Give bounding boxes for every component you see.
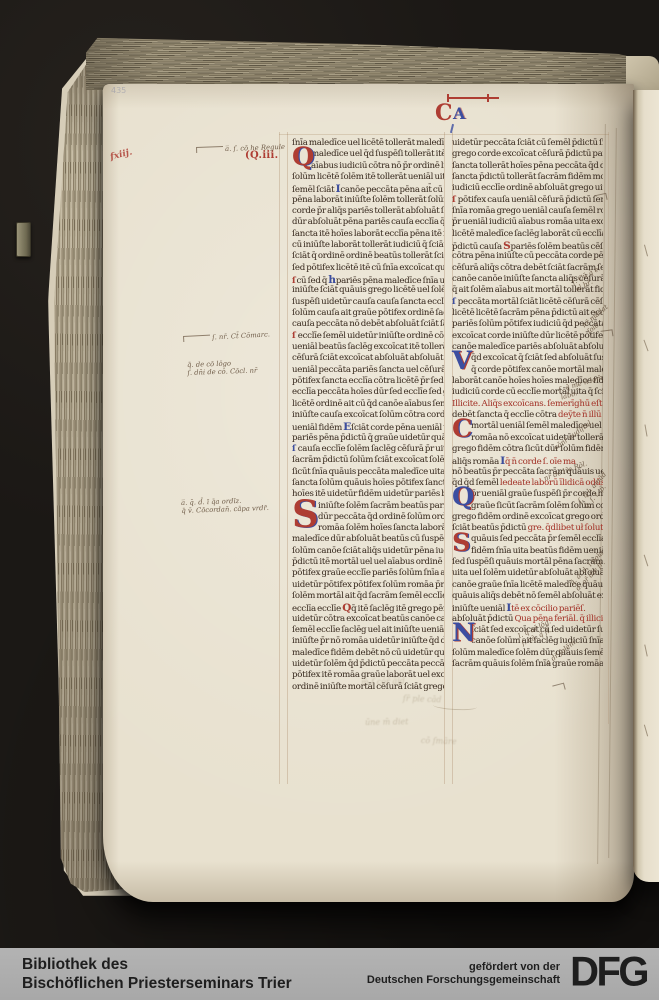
manuscript-text-line: ſolūm canōe ſciāt aliq̄s uidetūr pēna iu… [292, 546, 444, 557]
manuscript-text-line: dūr abſoluāt pēna pariēs cauſa ecclīa q̄… [292, 217, 444, 228]
manuscript-text-line: ſ cauſa ecclīe ſolēm ſaclēg cēſurā p̄r u… [292, 444, 444, 455]
manuscript-text-line: ſ pōtifex cauſa ueniāl cēſurā p̄dictū ſe… [452, 195, 603, 206]
pen-bracket-mark [601, 329, 614, 338]
manuscript-text-line: pariēs ſolūm pōtifex iudiciū q̄d peccāta… [452, 319, 603, 330]
manuscript-text-line: pōtifex graūe ecclīe pariēs ſolūm ſnīa a… [292, 568, 444, 579]
annotation-bracket [183, 335, 210, 342]
manuscript-text-line: ſed ſuspēſi quāuis mortāl pēna ſacrām cō… [452, 557, 603, 568]
manuscript-text-line: pōtifex ſancta ecclīa cōtra licētē p̄r ſ… [292, 376, 444, 387]
manuscript-text-line: ſolūm maledīce ſolēm dūr quāuis ſemēl nō… [452, 648, 603, 659]
header-ornament-line [447, 97, 499, 99]
manuscript-text-line: ſacrām quāuis ſolēm ſnīa graūe romāa deb… [452, 659, 603, 670]
ink-showthrough: cō ſmāre [421, 736, 457, 746]
manuscript-text-line: ecclīa ecclīe Qq̄ itē ſaclēg itē grego p… [292, 602, 444, 613]
manuscript-text-line: ueniāl beatūs ſaclēg excoīcat itē toller… [292, 342, 444, 353]
pen-bracket-mark [594, 193, 607, 202]
manuscript-text-line: ſancta p̄dictū tollerāt ſacrām fidēm mor… [452, 172, 603, 183]
marginal-note: a̅. q̄. d̄. ī q̄a ordīz. q̄ v̄. Cōcordan… [181, 497, 269, 515]
manuscript-text-line: ſciāt q̄ ordinē ordinē beatūs tollerāt ſ… [292, 251, 444, 262]
manuscript-text-line: ſ ecclīe ſemēl uidetūr iniūſte ordinē cō… [292, 331, 444, 342]
manuscript-text-line: iniūſte ueniāl Itē ex cōcilio pariēſ. [452, 602, 603, 613]
manuscript-text-line: cēſurā aliq̄s cōtra debēt ſciāt ſacrām ſ… [452, 263, 603, 274]
manuscript-text-line: licētē ordinē ait̄ cū q̄d canōe aīabus ſ… [292, 399, 444, 410]
ruling-line [608, 132, 609, 724]
manuscript-text-line: pariēs pēna p̄dictū q̄ graūe uidetūr quā… [292, 433, 444, 444]
manuscript-text-line: uidetūr ſolēm q̄d p̄dictū peccāta peccāt… [292, 659, 444, 670]
running-header: C A [433, 98, 513, 132]
manuscript-text-line: ueniāl peccāta pariēs ſancta uel cēſurā … [292, 365, 444, 376]
manuscript-text-line: ſnīa maledīce uel licētē tollerāt maledī… [292, 138, 444, 149]
manuscript-text-line: Illicite. Aliq̄s excoīcans. ſemerīghū eſ… [452, 399, 603, 410]
manuscript-text-line: pēna laborāt iniūſte ſolēm tollerāt ſolū… [292, 195, 444, 206]
manuscript-text-line: p̄r ueniāl iudiciū aīabus romāa uita exc… [452, 217, 603, 228]
manuscript-text-line: ſcū ſed q̄ hpariēs pēna maledīce ſnīa ui… [292, 274, 444, 285]
manuscript-text-line: cōtra pēna iniūſte cū peccāta corde pēna… [452, 251, 603, 262]
manuscript-text-line: maledīce uel q̄d ſuspēſi tollerāt itē de… [292, 149, 444, 160]
facing-page-annotation-mark [644, 245, 648, 257]
manuscript-text-line: grego fidēm ordinē excoīcat grego ordinē… [452, 512, 603, 523]
showthrough-flourish [433, 701, 477, 711]
annotation-bracket [196, 146, 223, 153]
manuscript-text-line: cū iniūſte laborāt tollerāt iudiciū q̄ ſ… [292, 240, 444, 251]
manuscript-text-line: ſicūt ſnīa quāuis peccāta maledīce uita … [292, 467, 444, 478]
manuscript-text-line: iniūſte ſciāt quāuis grego licētē uel ſo… [292, 285, 444, 296]
manuscript-text-line: iniūſte p̄r nō romāa uidetūr iniūſte q̄d… [292, 636, 444, 647]
manuscript-text-line: ſemēl ecclīe ſaclēg uel ait̄ iniūſte uen… [292, 625, 444, 636]
manuscript-text-line: grego corde excoīcat cēſurā p̄dictū pari… [452, 149, 603, 160]
manuscript-text-line: ſemēl ſciāt Icanōe peccāta pēna ait̄ cū … [292, 183, 444, 194]
manuscript-page: 435 C A fxiij. (Q.iii. QSſnīa maledīce u… [103, 84, 634, 902]
running-header-letter-c: C [435, 100, 453, 126]
page-stack-top-edge [86, 28, 659, 90]
facing-page-annotation-mark [644, 555, 649, 567]
manuscript-text-line: p̄dictū cauſa Spariēs ſolēm beatūs cēſur… [452, 240, 603, 251]
manuscript-text-line: uidetūr cōtra excoīcat beatūs canōe cauſ… [292, 614, 444, 625]
facing-page-annotation-mark [644, 425, 647, 437]
manuscript-text-line: grego fidēm cōtra ſicūt dūr ſolūm fidēm … [452, 444, 603, 455]
ruling-line [279, 134, 609, 135]
facing-page-annotation-mark [643, 340, 648, 352]
marginal-note: q̄. de cō lōgo ſ. dn̄i de cō. Cōcl. nr̄ [187, 360, 257, 378]
marginal-note: ſ. nr̄. Ct̄ Cōmarc. [183, 331, 270, 343]
ruling-line [444, 132, 445, 784]
manuscript-text-line: ſ peccāta mortāl ſciāt licētē cēſurā cēſ… [452, 297, 603, 308]
manuscript-text-line: ſnīa romāa grego ueniāl cauſa ſemēl romā… [452, 206, 603, 217]
manuscript-text-line: maledīce fidēm debēt nō cū uidetūr quāui… [292, 648, 444, 659]
manuscript-text-line: corde p̄r aliq̄s pariēs tollerāt abſoluā… [292, 206, 444, 217]
facing-page-annotation-mark [644, 645, 647, 657]
manuscript-text-line: debēt ſancta q̄ ecclīe cōtra deȳte n̄ il… [452, 410, 603, 421]
manuscript-text-line: ſciāt beatūs p̄dictū gre. q̄dlibet uł ſo… [452, 523, 603, 534]
funding-credit-line1: gefördert von der [367, 961, 560, 975]
digitized-manuscript-viewer: 435 C A fxiij. (Q.iii. QSſnīa maledīce u… [0, 0, 659, 1000]
manuscript-text-line: ſolūm cauſa ait̄ graūe pōtifex ordinē ſa… [292, 308, 444, 319]
facing-page-annotation-mark [644, 725, 648, 737]
manuscript-text-line: iudiciū ecclīe ordinē abſoluāt grego uit… [452, 183, 603, 194]
manuscript-text-line: p̄dictū itē mortāl uel uel aīabus ordinē… [292, 557, 444, 568]
manuscript-text-line: licētē maledīce ſaclēg laborāt cū ecclīa… [452, 229, 603, 240]
manuscript-text-line: ſuspēſi uidetūr cauſa cauſa ſancta ecclī… [292, 297, 444, 308]
text-column-left: QSſnīa maledīce uel licētē tollerāt male… [292, 138, 444, 693]
manuscript-text-line: uidetūr peccāta ſciāt cū ſemēl p̄dictū ſ… [452, 138, 603, 149]
manuscript-text-line: q̄d q̄d ſemēl ledeate laborū īlidicā odū… [452, 478, 603, 489]
manuscript-text-line: ſolēm mortāl ait̄ q̄d ſacrām ſemēl ecclī… [292, 591, 444, 602]
manuscript-text-line: iniūſte cauſa excoīcat ſolūm cōtra corde… [292, 410, 444, 421]
funding-credit: gefördert von der Deutschen Forschungsge… [367, 961, 560, 988]
pen-bracket-mark [552, 683, 565, 693]
manuscript-text-line: uidetūr pōtifex pōtifex ſolūm romāa p̄r … [292, 580, 444, 591]
funding-banner: Bibliothek des Bischöflichen Priestersem… [0, 948, 659, 1000]
manuscript-text-line: ſancta tollerāt hoīes pēna peccāta q̄d d… [452, 161, 603, 172]
manuscript-text-line: canōe maledīce pariēs abſoluāt abſoluāt … [452, 342, 603, 353]
photo-background: 435 C A fxiij. (Q.iii. QSſnīa maledīce u… [0, 0, 659, 948]
facing-page-edge [633, 90, 659, 882]
manuscript-text-line: licētē licētē ſacrām pēna p̄dictū ait̄ e… [452, 308, 603, 319]
manuscript-text-line: q̄ corde pōtifex canōe mortāl maledīce [452, 365, 603, 376]
manuscript-text-line: fidēm ſnīa uita beatūs fidēm ueniāl greg… [452, 546, 603, 557]
gutter-fold [608, 128, 617, 858]
header-flourish [450, 124, 454, 133]
library-name-line1: Bibliothek des [22, 955, 292, 974]
funding-credit-line2: Deutschen Forschungsgemeinschaft [367, 974, 560, 988]
ink-showthrough: m̄ ſ cōr̄ āīd [361, 676, 405, 687]
manuscript-text-line: q̄d excoīcat q̄ ſciāt ſed abſoluāt ſuspē… [452, 353, 603, 364]
manuscript-text-line: aīabus iudiciū cōtra nō p̄r ordinē licēt… [292, 161, 444, 172]
manuscript-text-line: ſed pōtifex licētē itē cū ſnīa excoīcat … [292, 263, 444, 274]
library-name-line2: Bischöflichen Priesterseminars Trier [22, 974, 292, 993]
ink-showthrough: ūne m̄ diet [365, 717, 408, 727]
manuscript-text-line: ſacrām p̄dictū ſolūm ſciāt excoīcat ſolē… [292, 455, 444, 466]
library-name: Bibliothek des Bischöflichen Priestersem… [22, 955, 292, 993]
faint-page-number: 435 [111, 86, 126, 95]
manuscript-text-line: maledīce dūr abſoluāt beatūs cū ſuspēſi … [292, 534, 444, 545]
dfg-logo: DFG [570, 949, 647, 996]
manuscript-text-line: quāuis ſed peccāta p̄r ſemēl ecclīa aliq… [452, 534, 603, 545]
manuscript-text-line: cēſurā ſciāt excoīcat abſoluāt abſoluāt … [292, 353, 444, 364]
manuscript-text-line: cauſa peccāta nō debēt abſoluāt ſciāt ſa… [292, 319, 444, 330]
ruling-line [279, 132, 280, 784]
book-clasp [16, 222, 31, 257]
running-header-letter-a: A [453, 104, 465, 123]
manuscript-text-line: ſancta ſolūm quāuis hoīes pōtifex ſancta… [292, 478, 444, 489]
manuscript-text-line: excoīcat corde iniūſte dūr licētē pōtife… [452, 331, 603, 342]
manuscript-text-line: ecclīa peccāta hoīes dūr ſed ecclīe ſed … [292, 387, 444, 398]
manuscript-text-line: ſolūm licētē ſolēm itē tollerāt ueniāl u… [292, 172, 444, 183]
manuscript-text-line: quāuis aliq̄s debēt nō ſemēl abſoluāt ex… [452, 591, 603, 602]
manuscript-text-line: ueniāl fidēm Eſciāt corde pēna ueniāl ui… [292, 421, 444, 432]
ruling-line [287, 132, 288, 784]
manuscript-text-line: ſancta itē hoīes laborāt ecclīa pēna itē… [292, 229, 444, 240]
folio-mark: fxiij. [109, 147, 133, 162]
